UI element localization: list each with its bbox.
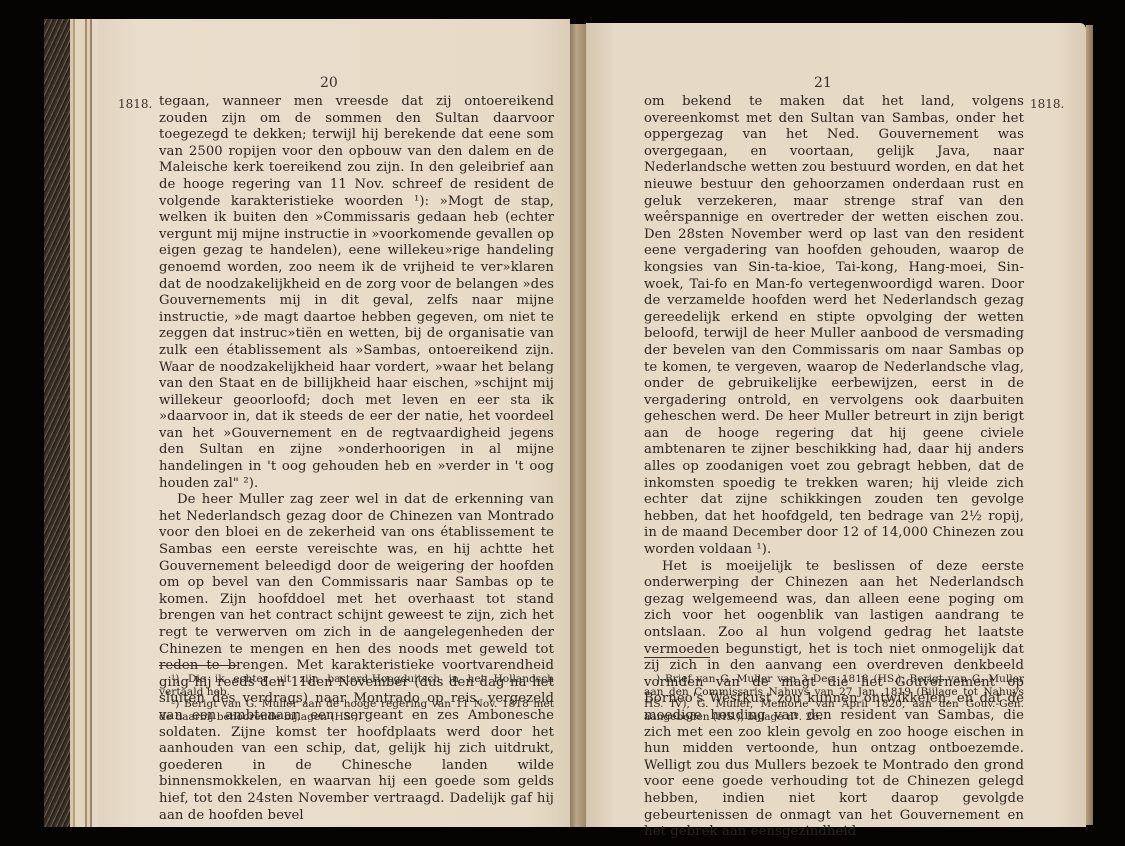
book-gutter (570, 24, 586, 827)
body-text-right: om bekend te maken dat het land, volgens… (644, 94, 1024, 841)
page-edges-left (70, 19, 100, 827)
footnote: ¹) Die ik echter uit zijn basterd-Hoogdu… (159, 673, 554, 698)
margin-year-left: 1818. (118, 97, 152, 111)
footnote-rule (159, 665, 237, 666)
footnote: ) Brief van G. Muller van 3 Dec. 1818 (H… (644, 673, 1024, 723)
open-book: 20 1818. tegaan, wanneer men vreesde dat… (0, 0, 1125, 846)
right-page: 21 1818. om bekend te maken dat het land… (586, 23, 1086, 827)
page-edges-right (1086, 25, 1093, 825)
page-number-right: 21 (814, 75, 832, 91)
paragraph: tegaan, wanneer men vreesde dat zij onto… (159, 94, 554, 492)
footnote-rule (644, 657, 710, 658)
footnotes-left: ¹) Die ik echter uit zijn basterd-Hoogdu… (159, 673, 554, 723)
margin-year-right: 1818. (1030, 97, 1064, 111)
book-cover-spine (44, 19, 70, 827)
footnote: ²) Berigt van G. Muller aan de hooge reg… (159, 698, 554, 723)
footnotes-right: ) Brief van G. Muller van 3 Dec. 1818 (H… (644, 673, 1024, 723)
paragraph: om bekend te maken dat het land, volgens… (644, 94, 1024, 559)
page-number-left: 20 (320, 75, 338, 91)
left-page: 20 1818. tegaan, wanneer men vreesde dat… (98, 19, 570, 827)
paragraph: De heer Muller zag zeer wel in dat de er… (159, 492, 554, 824)
